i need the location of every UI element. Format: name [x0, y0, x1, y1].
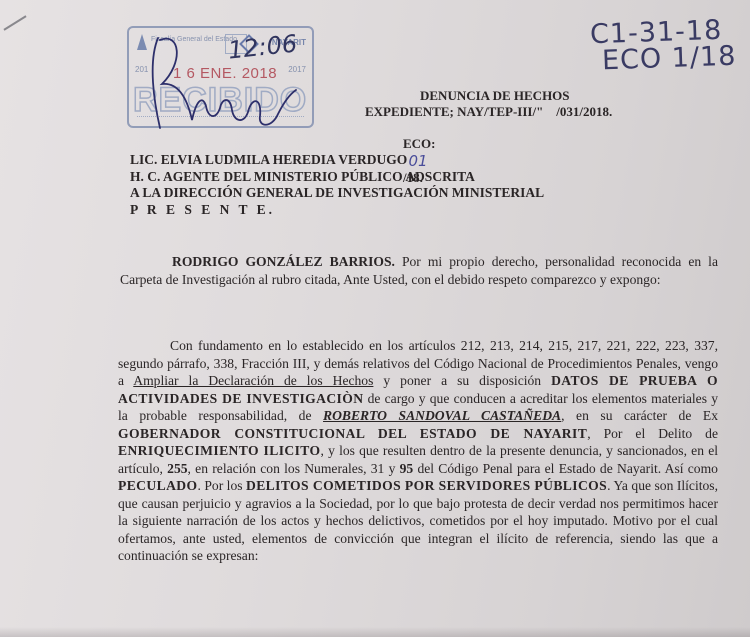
- addressee-department: A LA DIRECCIÓN GENERAL DE INVESTIGACIÓN …: [130, 185, 544, 202]
- stamp-year-right: 2017: [288, 65, 306, 74]
- body-paragraph: Con fundamento en lo establecido en los …: [118, 337, 718, 565]
- accused-name: ROBERTO SANDOVAL CASTAÑEDA: [323, 408, 561, 423]
- bold-phrase: ENRIQUECIMIENTO ILICITO: [118, 443, 321, 458]
- addressee-name: LIC. ELVIA LUDMILA HEREDIA VERDUGO: [130, 152, 544, 169]
- stamp-footer: [137, 116, 304, 123]
- fiscalia-logo-icon: [137, 34, 147, 50]
- body-text: , en su carácter de Ex: [561, 408, 718, 423]
- stamp-year-left: 201: [135, 65, 148, 74]
- stamp-label: RECIBIDO: [133, 84, 308, 116]
- body-text: del Código Penal para el Estado de Nayar…: [413, 461, 718, 476]
- underlined-phrase: Ampliar la Declaración de los Hechos: [133, 373, 373, 388]
- stamp-date: 1 6 ENE. 2018: [173, 65, 277, 82]
- pen-mark: [3, 15, 26, 30]
- bold-number: 255: [167, 461, 187, 476]
- body-text: , Por el Delito de: [587, 426, 718, 441]
- bold-phrase: PECULADO: [118, 478, 197, 493]
- addressee-title: H. C. AGENTE DEL MINISTERIO PÚBLICO ADSC…: [130, 169, 544, 186]
- addressee-presente: P R E S E N T E.: [130, 202, 544, 219]
- bold-phrase: DELITOS COMETIDOS POR SERVIDORES PÚBLICO…: [246, 478, 607, 493]
- intro-paragraph: RODRIGO GONZÁLEZ BARRIOS. Por mi propio …: [120, 253, 718, 288]
- bold-phrase: GOBERNADOR CONSTITUCIONAL DEL ESTADO DE …: [118, 426, 587, 441]
- bold-number: 95: [400, 461, 414, 476]
- complainant-name: RODRIGO GONZÁLEZ BARRIOS.: [172, 254, 395, 269]
- body-text: y poner a su disposición: [373, 373, 551, 388]
- body-text: , en relación con los Numerales, 31 y: [188, 461, 400, 476]
- body-text: . Por los: [197, 478, 246, 493]
- document-title: DENUNCIA DE HECHOS: [420, 88, 570, 104]
- addressee-block: LIC. ELVIA LUDMILA HEREDIA VERDUGO H. C.…: [130, 152, 544, 218]
- eco-label: ECO:: [403, 136, 436, 151]
- document-page: Fiscalía General del Estado NAYARIT 201 …: [0, 0, 750, 637]
- expediente-line: EXPEDIENTE; NAY/TEP-III/" /031/2018.: [365, 104, 612, 120]
- handwritten-eco-number: ECO 1/18: [602, 41, 737, 77]
